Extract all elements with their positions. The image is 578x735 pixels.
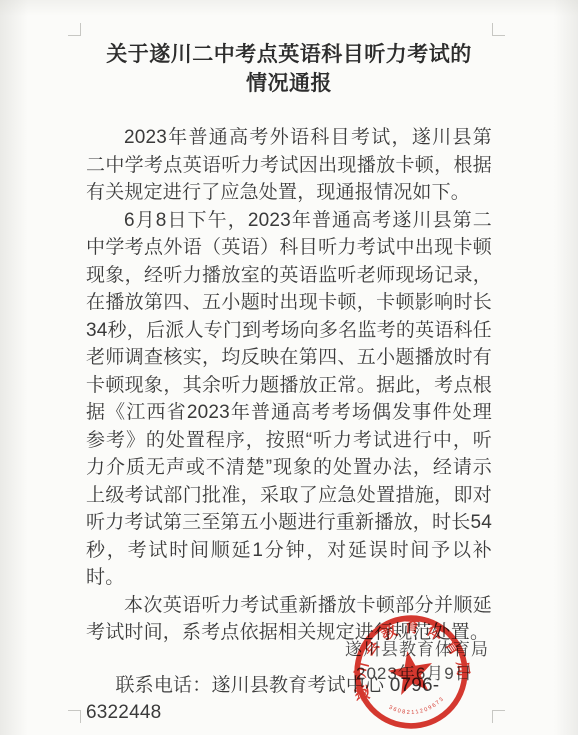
crop-mark-top-right: [492, 23, 505, 36]
crop-mark-top-left: [68, 23, 81, 36]
paragraph-details: 6月8日下午，2023年普通高考遂川县第二中学考点外语（英语）科目听力考试中出现…: [86, 207, 492, 592]
crop-mark-bottom-left: [68, 710, 81, 723]
official-seal: 遂川县教育体育局 3608211209673: [350, 611, 472, 733]
paragraph-intro: 2023年普通高考外语科目考试，遂川县第二中学考点英语听力考试因出现播放卡顿，根…: [86, 124, 492, 207]
page-title-line1: 关于遂川二中考点英语科目听力考试的: [106, 43, 472, 66]
page-title-line2: 情况通报: [246, 72, 332, 95]
seal-arc-text: 遂川县教育体育局: [350, 611, 472, 702]
svg-text:遂川县教育体育局: 遂川县教育体育局: [350, 611, 472, 702]
crop-mark-bottom-right: [492, 710, 505, 723]
seal-star-icon: [385, 647, 436, 696]
scanned-notice-page: 关于遂川二中考点英语科目听力考试的 情况通报 2023年普通高考外语科目考试，遂…: [0, 0, 578, 735]
notice-body: 2023年普通高考外语科目考试，遂川县第二中学考点英语听力考试因出现播放卡顿，根…: [86, 124, 492, 647]
page-title: 关于遂川二中考点英语科目听力考试的 情况通报: [60, 40, 518, 98]
